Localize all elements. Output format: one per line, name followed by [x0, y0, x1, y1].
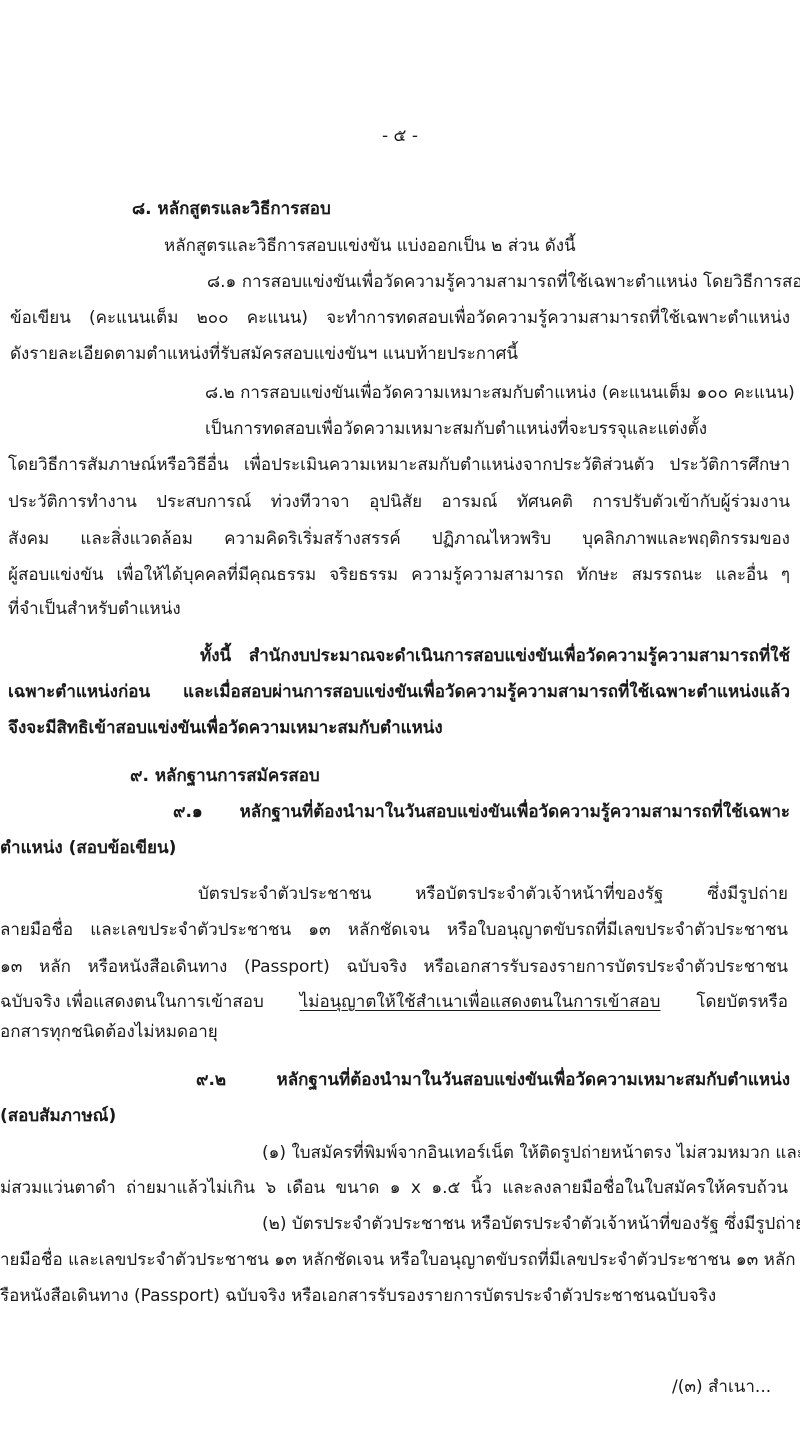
- item-8-1-line-1: ๘.๑ การสอบแข่งขันเพื่อวัดความรู้ความสามา…: [207, 270, 790, 294]
- item-9-1-line-1: ๙.๑ หลักฐานที่ต้องนำมาในวันสอบแข่งขันเพื…: [173, 800, 790, 824]
- item-8-2-line-4: ประวัติการทำงาน ประสบการณ์ ท่วงทีวาจา อุ…: [8, 490, 790, 514]
- item-9-2-line-2: (สอบสัมภาษณ์): [0, 1104, 116, 1128]
- item-9-1-line-2: ตำแหน่ง (สอบข้อเขียน): [0, 836, 176, 860]
- item-8-2-line-1: ๘.๒ การสอบแข่งขันเพื่อวัดความเหมาะสมกับต…: [205, 381, 785, 405]
- item-8-1-line-2: ข้อเขียน (คะแนนเต็ม ๒๐๐ คะแนน) จะทำการทด…: [10, 306, 790, 330]
- item-9-1-body-5: อกสารทุกชนิดต้องไม่หมดอายุ: [0, 1020, 218, 1044]
- item-8-2-line-3: โดยวิธีการสัมภาษณ์หรือวิธีอื่น เพื่อประเ…: [8, 453, 790, 477]
- item-9-2-sub-1-line-1: (๑) ใบสมัครที่พิมพ์จากอินเทอร์เน็ต ให้ติ…: [262, 1141, 788, 1165]
- item-8-2-line-2: เป็นการทดสอบเพื่อวัดความเหมาะสมกับตำแหน่…: [205, 417, 790, 441]
- no-copy-notice: ไม่อนุญาตให้ใช้สำเนาเพื่อแสดงตนในการเข้า…: [300, 990, 661, 1014]
- item-9-2-sub-2-line-1: (๒) บัตรประจำตัวประชาชน หรือบัตรประจำตัว…: [262, 1212, 788, 1236]
- continuation-marker: /(๓) สำเนา...: [672, 1375, 771, 1399]
- item-9-1-body-4-pre: ฉบับจริง เพื่อแสดงตนในการเข้าสอบ: [0, 990, 264, 1014]
- section-8-intro: หลักสูตรและวิธีการสอบแข่งขัน แบ่งออกเป็น…: [164, 234, 576, 258]
- note-line-2: เฉพาะตำแหน่งก่อน และเมื่อสอบผ่านการสอบแข…: [8, 680, 790, 704]
- note-line-3: จึงจะมีสิทธิเข้าสอบแข่งขันเพื่อวัดความเห…: [8, 716, 443, 740]
- note-line-1: ทั้งนี้ สำนักงบประมาณจะดำเนินการสอบแข่งข…: [200, 644, 790, 668]
- section-9-heading: ๙. หลักฐานการสมัครสอบ: [130, 764, 320, 788]
- item-8-1-line-3: ดังรายละเอียดตามตำแหน่งที่รับสมัครสอบแข่…: [10, 342, 518, 366]
- document-page: - ๕ - ๘. หลักสูตรและวิธีการสอบ หลักสูตรแ…: [0, 0, 800, 1436]
- item-9-1-body-4: ฉบับจริง เพื่อแสดงตนในการเข้าสอบ ไม่อนุญ…: [0, 990, 788, 1014]
- item-9-1-body-1: บัตรประจำตัวประชาชน หรือบัตรประจำตัวเจ้า…: [198, 882, 788, 906]
- item-9-2-line-1: ๙.๒ หลักฐานที่ต้องนำมาในวันสอบแข่งขันเพื…: [196, 1068, 790, 1092]
- item-8-2-line-5: สังคม และสิ่งแวดล้อม ความคิดริเริ่มสร้าง…: [8, 527, 790, 551]
- item-9-1-body-4-post: โดยบัตรหรือ: [696, 990, 788, 1014]
- item-8-2-line-6: ผู้สอบแข่งขัน เพื่อให้ได้บุคคลที่มีคุณธร…: [8, 563, 790, 587]
- item-9-1-body-2: ลายมือชื่อ และเลขประจำตัวประชาชน ๑๓ หลัก…: [0, 918, 788, 942]
- item-9-1-body-3: ๑๓ หลัก หรือหนังสือเดินทาง (Passport) ฉบ…: [0, 955, 788, 979]
- page-number: - ๕ -: [0, 124, 800, 148]
- item-8-2-line-7: ที่จำเป็นสำหรับตำแหน่ง: [8, 597, 181, 621]
- item-9-2-sub-1-line-2: ม่สวมแว่นตาดำ ถ่ายมาแล้วไม่เกิน ๖ เดือน …: [0, 1176, 788, 1200]
- item-9-2-sub-2-line-2: ายมือชื่อ และเลขประจำตัวประชาชน ๑๓ หลักช…: [0, 1248, 788, 1272]
- item-9-2-sub-2-line-3: รือหนังสือเดินทาง (Passport) ฉบับจริง หร…: [0, 1284, 716, 1308]
- section-8-heading: ๘. หลักสูตรและวิธีการสอบ: [132, 197, 331, 221]
